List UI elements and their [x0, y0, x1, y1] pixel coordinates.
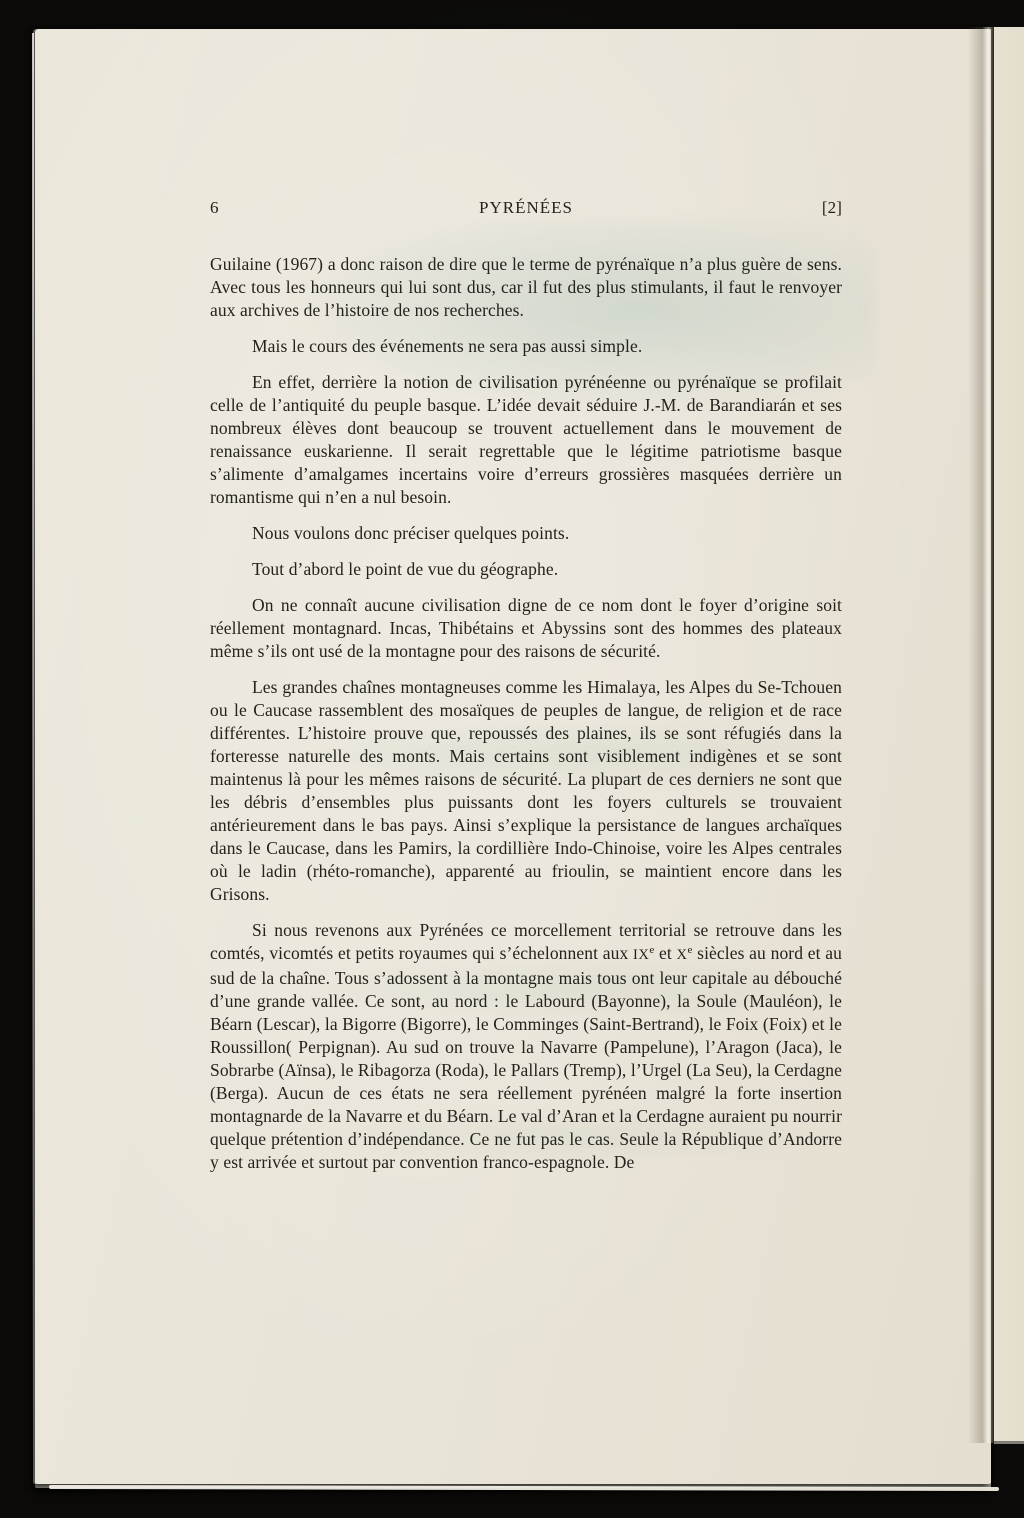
roman-numeral: X — [677, 947, 688, 963]
paragraph: Nous voulons donc préciser quelques poin… — [210, 522, 842, 545]
paragraph: Si nous revenons aux Pyrénées ce morcell… — [210, 919, 842, 1174]
reference-mark: [2] — [573, 196, 842, 219]
paragraph: En effet, derrière la notion de civilisa… — [210, 371, 842, 509]
paragraph: Guilaine (1967) a donc raison de dire qu… — [210, 253, 842, 322]
running-header: 6 PYRÉNÉES [2] — [210, 196, 842, 219]
paragraph: Mais le cours des événements ne sera pas… — [210, 335, 842, 358]
text-block: 6 PYRÉNÉES [2] Guilaine (1967) a donc ra… — [210, 196, 842, 1174]
paragraph: Les grandes chaînes montagneuses comme l… — [210, 676, 842, 906]
paragraph-text: et — [654, 943, 676, 963]
paragraph: Tout d’abord le point de vue du géograph… — [210, 558, 842, 581]
gutter-crease — [968, 27, 994, 1443]
page-number: 6 — [210, 196, 479, 219]
scan-background: 6 PYRÉNÉES [2] Guilaine (1967) a donc ra… — [0, 0, 1024, 1518]
paragraph: On ne connaît aucune civilisation digne … — [210, 594, 842, 663]
paragraph-text: siècles au nord et au sud de la chaîne. … — [210, 943, 842, 1172]
roman-numeral: IX — [633, 947, 649, 963]
next-page-edge — [994, 27, 1024, 1441]
running-title: PYRÉNÉES — [479, 196, 573, 219]
